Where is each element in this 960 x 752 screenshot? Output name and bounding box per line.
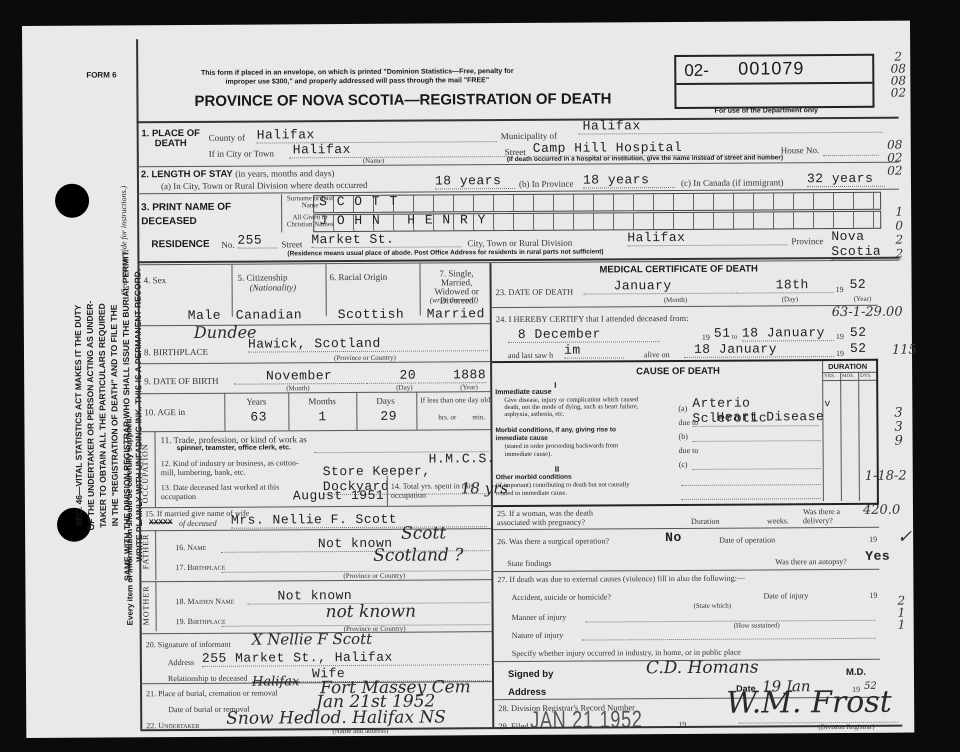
dob-day-value: 20 (366, 368, 416, 384)
sex-value: Male (188, 308, 221, 323)
surname-value: S C O T T (319, 194, 398, 209)
birthplace-value: Hawick, Scotland (248, 335, 488, 352)
registration-number-box: 02- 001079 (674, 54, 874, 109)
autopsy-value: Yes (865, 549, 890, 564)
last-worked-value: August 1951 (293, 488, 384, 504)
death-month-value: January (584, 278, 734, 295)
instructions-note: (See reverse side for instructions.) (119, 186, 129, 296)
margin-notes-top: 2 08 08 02 (888, 51, 908, 99)
father-birthplace-handwritten: Scotland ? (373, 545, 463, 566)
stay-province-value: 18 years (583, 172, 675, 189)
informant-signature: X Nellie F Scott (252, 630, 373, 649)
registration-prefix: 02- (684, 61, 709, 81)
margin-notes-cause: 3 3 9 (894, 407, 903, 449)
statute-text: SEC. 46—VITAL STATISTICS ACT MAKES IT TH… (71, 135, 146, 695)
age-months-value: 1 (318, 409, 326, 424)
racial-origin-value: Scottish (338, 307, 405, 322)
surgical-operation-value: No (665, 530, 682, 545)
margin-notes-place: 08 02 02 (885, 139, 905, 178)
age-days-value: 29 (380, 409, 397, 424)
stay-city-value: 18 years (435, 173, 515, 189)
death-day-value: 18th (736, 277, 834, 294)
municipality-value: Halifax (579, 117, 883, 135)
dob-year-value: 1888 (418, 367, 486, 383)
attended-to-year: 52 (850, 325, 867, 340)
last-saw-pronoun: im (564, 342, 624, 358)
death-year-value: 52 (850, 277, 867, 292)
form-number: FORM 6 (86, 70, 116, 79)
house-number-value (823, 154, 879, 156)
margin-notes-name: 1 0 2 2 (891, 205, 907, 261)
death-registration-form: SEC. 46—VITAL STATISTICS ACT MAKES IT TH… (22, 21, 914, 738)
residence-street-value: Market St. (311, 231, 461, 248)
mother-birthplace-handwritten: not known (326, 602, 417, 623)
undertaker-value: Snow Hedlod. Halifax NS (226, 707, 446, 728)
cause-a2-value: Heart Disease (716, 409, 824, 425)
physician-signature: C.D. Homans (646, 658, 759, 679)
marital-status-value: Married (427, 306, 485, 321)
citizenship-value: Canadian (236, 307, 303, 322)
margin-note-age: 63-1-29.00 (832, 305, 903, 320)
informant-address-value: 255 Market St., Halifax (202, 649, 490, 667)
margin-note-115: 115 (892, 343, 917, 358)
alive-on-value: 18 January (684, 341, 834, 358)
margin-notes-bottom: 2 1 1 (897, 595, 905, 631)
place-of-death-label: 1. PLACE OF DEATH (141, 129, 201, 149)
spouse-name-value: Mrs. Nellie F. Scott (231, 511, 487, 529)
stay-canada-value: 32 years (807, 171, 885, 187)
father-name-handwritten: Scott (401, 523, 446, 543)
alive-on-year: 52 (850, 341, 867, 356)
margin-note-cause-code: 1-18-2 (865, 469, 907, 484)
residence-number-value: 255 (237, 232, 277, 248)
death-city-value: Halifax (289, 141, 507, 158)
attended-from-value: 8 December (508, 326, 660, 343)
filed-date-stamp: JAN 21 1952 (530, 706, 642, 735)
occupation-side-label: OCCUPATION (141, 443, 150, 503)
attended-from-year: 51 (714, 326, 731, 341)
mail-notice: This form if placed in an envelope, on w… (192, 67, 522, 87)
residence-city-value: Halifax (627, 229, 787, 246)
given-names-value: J O H N H E N R Y (319, 212, 486, 228)
form-title: PROVINCE OF NOVA SCOTIA—REGISTRATION OF … (194, 90, 611, 110)
registration-number: 001079 (738, 58, 804, 79)
attended-to-value: 18 January (742, 325, 834, 342)
department-note: For use of the Department only (715, 107, 819, 115)
every-item-note: Every item of information should be care… (124, 416, 134, 625)
registrar-signature: W.M. Frost (726, 685, 892, 721)
check-mark-icon: ✓ (897, 527, 912, 548)
age-years-value: 63 (250, 410, 267, 425)
deceased-name-label: 3. PRINT NAME OF DECEASED (141, 200, 281, 229)
dob-month-value: November (234, 368, 364, 385)
medical-certificate-title: MEDICAL CERTIFICATE OF DEATH (599, 264, 757, 276)
duration-mark: v (824, 399, 831, 410)
margin-note-420: 420.0 (863, 503, 900, 518)
